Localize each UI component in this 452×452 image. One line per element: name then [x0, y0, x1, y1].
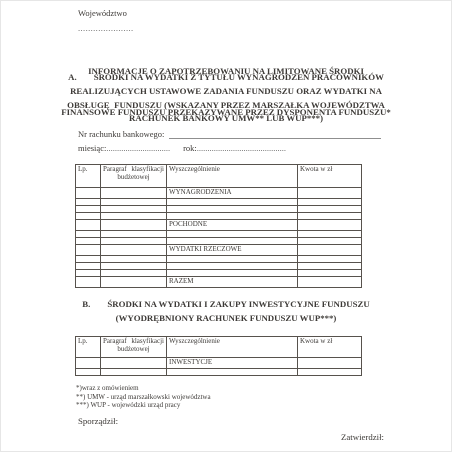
cell-wyszczegolnienie: RAZEM: [167, 277, 298, 288]
table-row: [76, 270, 362, 277]
cell-lp: [76, 213, 101, 220]
year-label: rok:: [183, 143, 197, 153]
column-header-wyszczegolnienie: Wyszczególnienie: [167, 165, 298, 188]
footnote-1: *)wraz z omówieniem: [76, 384, 211, 393]
cell-wyszczegolnienie: [167, 238, 298, 245]
prepared-by-label: Sporządził:: [78, 416, 118, 426]
column-header-paragraf: Paragraf klasyfikacji budżetowej: [101, 337, 167, 358]
voivodeship-fill-in-dots: ......................: [78, 23, 134, 33]
cell-paragraf: [101, 245, 167, 256]
cell-wyszczegolnienie: [167, 369, 298, 376]
table-row: POCHODNE: [76, 220, 362, 231]
section-b-line1: B.ŚRODKI NA WYDATKI I ZAKUPY INWESTYCYJN…: [34, 298, 418, 312]
table-row: INWESTYCJE: [76, 358, 362, 369]
table-row: [76, 199, 362, 206]
table-a-salary-expenses: Lp. Paragraf klasyfikacji budżetowej Wys…: [75, 164, 362, 288]
cell-kwota: [298, 277, 362, 288]
cell-lp: [76, 245, 101, 256]
month-fill-in-dots: ..............................: [106, 143, 170, 153]
cell-paragraf: [101, 220, 167, 231]
cell-kwota: [298, 245, 362, 256]
cell-lp: [76, 277, 101, 288]
cell-kwota: [298, 256, 362, 263]
table-row: [76, 263, 362, 270]
cell-kwota: [298, 358, 362, 369]
table-row: [76, 256, 362, 263]
table-row: [76, 238, 362, 245]
cell-kwota: [298, 263, 362, 270]
cell-kwota: [298, 238, 362, 245]
month-label: miesiąc:: [78, 143, 106, 153]
cell-paragraf: [101, 231, 167, 238]
cell-wyszczegolnienie: [167, 199, 298, 206]
cell-wyszczegolnienie: INWESTYCJE: [167, 358, 298, 369]
table-row: WYDATKI RZECZOWE: [76, 245, 362, 256]
column-header-paragraf-line2: budżetowej: [103, 174, 164, 182]
section-b-line2: (WYODRĘBNIONY RACHUNEK FUNDUSZU WUP***): [34, 312, 418, 326]
cell-lp: [76, 238, 101, 245]
cell-lp: [76, 188, 101, 199]
section-b-line1-text: ŚRODKI NA WYDATKI I ZAKUPY INWESTYCYJNE …: [107, 299, 369, 309]
column-header-paragraf-line2: budżetowej: [103, 346, 164, 354]
cell-paragraf: [101, 188, 167, 199]
bank-account-field: Nr rachunku bankowego:: [78, 128, 381, 139]
column-header-lp: Lp.: [76, 165, 101, 188]
section-a-line3: OBSŁUGĘ FUNDUSZU (WSKAZANY PRZEZ MARSZAŁ…: [34, 99, 418, 113]
month-year-fields: miesiąc:..............................ro…: [78, 143, 286, 153]
cell-kwota: [298, 213, 362, 220]
cell-wyszczegolnienie: WYNAGRODZENIA: [167, 188, 298, 199]
cell-wyszczegolnienie: [167, 263, 298, 270]
column-header-paragraf: Paragraf klasyfikacji budżetowej: [101, 165, 167, 188]
cell-lp: [76, 220, 101, 231]
cell-wyszczegolnienie: [167, 231, 298, 238]
cell-lp: [76, 199, 101, 206]
cell-wyszczegolnienie: [167, 213, 298, 220]
section-b-letter: B.: [82, 299, 90, 309]
cell-lp: [76, 369, 101, 376]
year-fill-in-dots: ........................................…: [197, 143, 286, 153]
column-header-kwota: Kwota w zł: [298, 337, 362, 358]
cell-wyszczegolnienie: WYDATKI RZECZOWE: [167, 245, 298, 256]
cell-kwota: [298, 206, 362, 213]
bank-account-blank-line: [169, 128, 381, 139]
cell-paragraf: [101, 238, 167, 245]
section-a-letter: A.: [68, 72, 77, 82]
table-row: [76, 231, 362, 238]
cell-kwota: [298, 199, 362, 206]
footnotes: *)wraz z omówieniem **) UMW - urząd mars…: [76, 384, 211, 410]
approved-by-label: Zatwierdził:: [341, 432, 384, 442]
cell-lp: [76, 263, 101, 270]
section-a-line4: RACHUNEK BANKOWY UMW** LUB WUP***): [34, 112, 418, 126]
cell-paragraf: [101, 206, 167, 213]
cell-paragraf: [101, 369, 167, 376]
cell-paragraf: [101, 270, 167, 277]
cell-lp: [76, 256, 101, 263]
cell-kwota: [298, 369, 362, 376]
cell-kwota: [298, 188, 362, 199]
table-row: RAZEM: [76, 277, 362, 288]
cell-paragraf: [101, 358, 167, 369]
section-a-line1-text: ŚRODKI NA WYDATKI Z TYTUŁU WYNAGRODZEŃ P…: [94, 72, 384, 82]
cell-wyszczegolnienie: POCHODNE: [167, 220, 298, 231]
column-header-wyszczegolnienie: Wyszczególnienie: [167, 337, 298, 358]
section-a-line1: A.ŚRODKI NA WYDATKI Z TYTUŁU WYNAGRODZEŃ…: [34, 71, 418, 85]
bank-account-label: Nr rachunku bankowego:: [78, 129, 164, 139]
cell-wyszczegolnienie: [167, 206, 298, 213]
footnote-3: ***) WUP - wojewódzki urząd pracy: [76, 401, 211, 410]
section-b-heading: B.ŚRODKI NA WYDATKI I ZAKUPY INWESTYCYJN…: [34, 298, 418, 326]
cell-lp: [76, 231, 101, 238]
footnote-2: **) UMW - urząd marszałkowski województw…: [76, 393, 211, 402]
cell-kwota: [298, 270, 362, 277]
section-a-line2: REALIZUJĄCYCH USTAWOWE ZADANIA FUNDUSZU …: [34, 85, 418, 99]
cell-paragraf: [101, 263, 167, 270]
section-a-heading: A.ŚRODKI NA WYDATKI Z TYTUŁU WYNAGRODZEŃ…: [34, 71, 418, 126]
cell-wyszczegolnienie: [167, 270, 298, 277]
table-row: [76, 213, 362, 220]
column-header-kwota: Kwota w zł: [298, 165, 362, 188]
cell-paragraf: [101, 256, 167, 263]
cell-paragraf: [101, 277, 167, 288]
cell-lp: [76, 206, 101, 213]
cell-kwota: [298, 220, 362, 231]
cell-paragraf: [101, 213, 167, 220]
cell-paragraf: [101, 199, 167, 206]
table-row: [76, 206, 362, 213]
column-header-lp: Lp.: [76, 337, 101, 358]
table-b-investment-expenses: Lp. Paragraf klasyfikacji budżetowej Wys…: [75, 336, 362, 376]
voivodeship-label: Województwo: [78, 8, 127, 18]
table-a-header-row: Lp. Paragraf klasyfikacji budżetowej Wys…: [76, 165, 362, 188]
cell-lp: [76, 270, 101, 277]
table-row: [76, 369, 362, 376]
cell-lp: [76, 358, 101, 369]
table-row: WYNAGRODZENIA: [76, 188, 362, 199]
table-b-header-row: Lp. Paragraf klasyfikacji budżetowej Wys…: [76, 337, 362, 358]
cell-wyszczegolnienie: [167, 256, 298, 263]
cell-kwota: [298, 231, 362, 238]
